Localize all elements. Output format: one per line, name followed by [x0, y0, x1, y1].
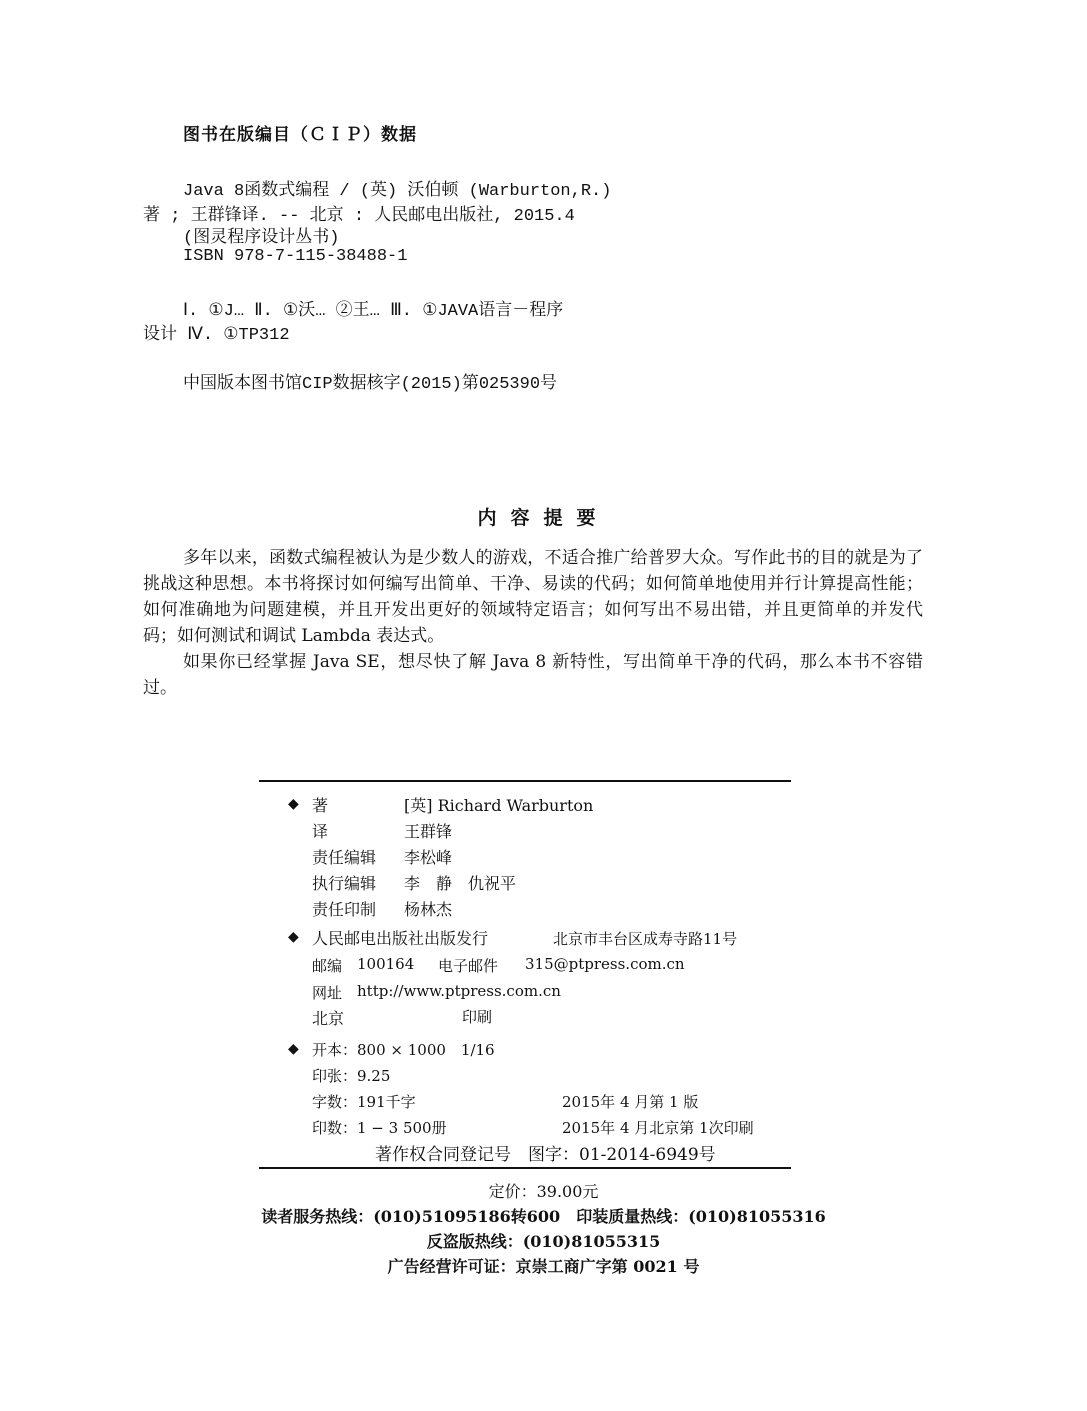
credit-value-editor: 李松峰 [404, 845, 452, 868]
credit-label-translator: 译 [312, 819, 328, 842]
credit-value-author: [英] Richard Warburton [404, 793, 593, 816]
spec-copies: 印数：1 − 3 500册 [312, 1117, 447, 1138]
diamond-bullet-icon: ◆ [288, 929, 299, 945]
cip-classification-line1: Ⅰ. ①J… Ⅱ. ①沃… ②王… Ⅲ. ①JAVA语言－程序 [183, 295, 563, 321]
advertising-license: 广告经营许可证：京崇工商广字第 0021 号 [0, 1254, 1087, 1277]
service-hotlines: 读者服务热线：(010)51095186转600 印装质量热线：(010)810… [0, 1204, 1087, 1227]
antipiracy-hotline: 反盗版热线：(010)81055315 [0, 1229, 1087, 1252]
summary-paragraph-1: 多年以来，函数式编程被认为是少数人的游戏，不适合推广给普罗大众。写作此书的目的就… [143, 545, 923, 649]
top-rule [259, 780, 791, 782]
print-city: 北京 [312, 1006, 344, 1029]
cip-title: 图书在版编目（ＣＩＰ）数据 [183, 120, 417, 145]
copyright-registration: 著作权合同登记号 图字：01-2014-6949号 [375, 1140, 716, 1165]
postcode-value: 100164 [357, 955, 414, 973]
price: 定价：39.00元 [0, 1179, 1087, 1202]
cip-classification-line2: 设计 Ⅳ. ①TP312 [143, 319, 290, 345]
credit-value-translator: 王群锋 [404, 819, 452, 842]
summary-body: 多年以来，函数式编程被认为是少数人的游戏，不适合推广给普罗大众。写作此书的目的就… [143, 545, 923, 701]
credit-label-exec-editor: 执行编辑 [312, 871, 376, 894]
spec-edition: 2015年 4 月第 1 版 [562, 1091, 698, 1112]
diamond-bullet-icon: ◆ [288, 796, 299, 812]
credit-label-editor: 责任编辑 [312, 845, 376, 868]
bottom-rule [259, 1167, 791, 1169]
spec-sheets: 印张：9.25 [312, 1065, 390, 1086]
credit-label-print-manager: 责任印制 [312, 897, 376, 920]
spec-word-count: 字数：191千字 [312, 1091, 416, 1112]
postcode-label: 邮编 [312, 955, 342, 976]
summary-title: 内容提要 [0, 503, 1087, 530]
spec-printing: 2015年 4 月北京第 1次印刷 [562, 1117, 754, 1138]
credit-value-exec-editor: 李 静 仇祝平 [404, 871, 516, 894]
cip-line-title: Java 8函数式编程 / (英) 沃伯顿 (Warburton,R.) [183, 175, 611, 201]
diamond-bullet-icon: ◆ [288, 1041, 299, 1057]
cip-line-series: (图灵程序设计丛书) [183, 222, 339, 248]
website-value: http://www.ptpress.com.cn [357, 982, 561, 1000]
summary-paragraph-2: 如果你已经掌握 Java SE，想尽快了解 Java 8 新特性，写出简单干净的… [143, 649, 923, 701]
cip-line-isbn: ISBN 978-7-115-38488-1 [183, 247, 407, 266]
cip-record-number: 中国版本图书馆CIP数据核字(2015)第025390号 [183, 368, 557, 394]
publisher-name: 人民邮电出版社出版发行 [312, 926, 488, 949]
publisher-address: 北京市丰台区成寿寺路11号 [553, 928, 737, 949]
credit-value-print-manager: 杨林杰 [404, 897, 452, 920]
print-label: 印刷 [462, 1006, 492, 1027]
email-value: 315@ptpress.com.cn [525, 955, 685, 973]
website-label: 网址 [312, 982, 342, 1003]
spec-format: 开本：800 × 1000 1/16 [312, 1039, 495, 1060]
credit-label-author: 著 [312, 793, 328, 816]
email-label: 电子邮件 [438, 955, 498, 976]
